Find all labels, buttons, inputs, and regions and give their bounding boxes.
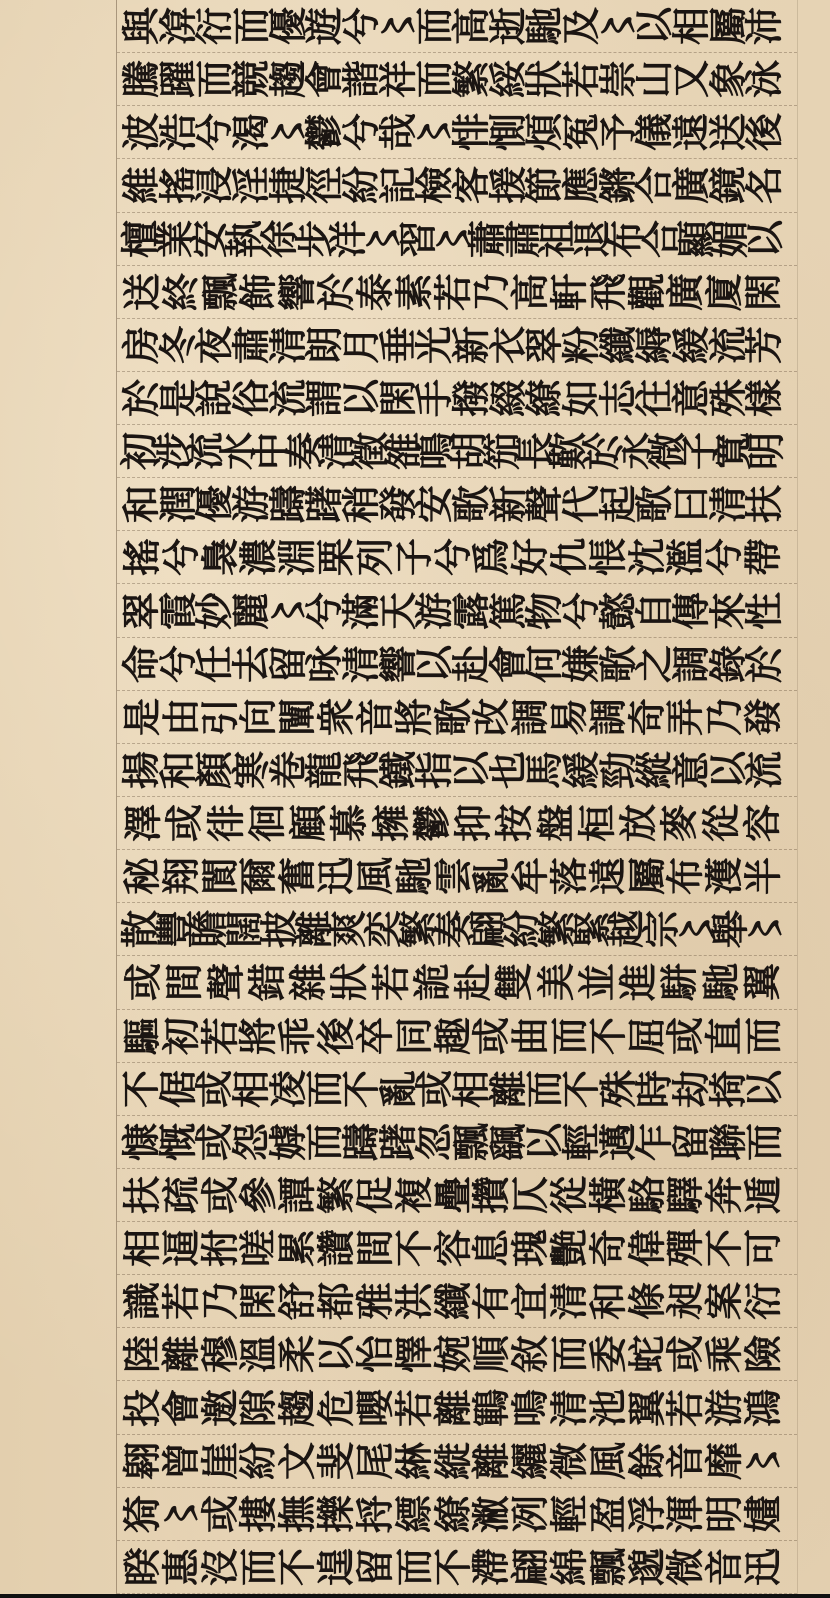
text-row: 與渰衍而優遊兮〻而高逝馳及〻以相屬沛	[117, 0, 797, 53]
right-margin-rule	[797, 0, 798, 1594]
text-row: 扶疏或參譚繁促複疊攢仄從橫駱驛奔遁	[117, 1169, 797, 1222]
text-row: 慷慨或怨嫭而躊躇忽飄颻以輕邁乍留聯而	[117, 1116, 797, 1169]
calligraphy-character: 於	[740, 645, 788, 682]
text-row: 投會邀隙趨危嚶若離鶤鳴清池翼若游鴻	[117, 1381, 797, 1434]
calligraphy-character: 發	[739, 697, 787, 736]
calligraphy-character: 迅	[739, 1548, 787, 1587]
calligraphy-character: 而	[739, 1016, 787, 1055]
text-row: 於是說俗流謂以閑手撥綴繚如志往意殊樣	[117, 372, 797, 425]
text-row: 驅初若將乖後卒同趣或曲而不屈或直而	[117, 1010, 797, 1063]
calligraphy-character: 樣	[740, 380, 788, 417]
calligraphy-character: 性	[740, 592, 788, 629]
text-row: 揚和顏寒卷龍飛鐵指以也馬緩勁縱意以流	[117, 744, 797, 797]
text-row: 澤或徘徊顧慕擁鬱抑按盤桓放麥從容	[117, 797, 797, 850]
calligraphy-character: 可	[739, 1229, 787, 1268]
calligraphy-character: 泳	[740, 61, 788, 98]
calligraphy-character: 流	[740, 752, 788, 789]
calligraphy-character: 閑	[739, 272, 787, 311]
calligraphy-character: 沛	[740, 8, 788, 45]
text-row: 翠霞妙麗〻兮滿天游露篤物兮懿自傳來性	[117, 584, 797, 637]
scan-bottom-edge	[0, 1594, 830, 1598]
calligraphy-character: 〻	[739, 1441, 787, 1480]
text-row: 秘翔閬爾奮迅風馳雲亂牟落遠屬布濩半	[117, 850, 797, 903]
calligraphy-character: 半	[739, 857, 787, 896]
calligraphy-character: 嫿	[739, 1494, 787, 1533]
text-row: 相逼拊嗟累讚間不容息瑰艷奇偉殫不可	[117, 1222, 797, 1275]
text-row: 檀業安執徐步洋〻習〻蕭肅祖退布合顯媚以	[117, 213, 797, 266]
calligraphy-character: 容	[738, 802, 786, 843]
calligraphy-character: 扶	[740, 486, 788, 523]
calligraphy-character: 險	[739, 1335, 787, 1374]
text-row: 房冬夜肅清朗月垂光新衣翠粉纖縟緩流芳	[117, 319, 797, 372]
text-row: 翱曾崖紛文斐尾綝縰離纚微風餘音靡〻	[117, 1435, 797, 1488]
calligraphy-character: 後	[740, 114, 788, 151]
calligraphy-character: 明	[743, 435, 791, 468]
calligraphy-sheet: 與渰衍而優遊兮〻而高逝馳及〻以相屬沛騰躍而競趨會諧祥而繁綏狀若崇山又象泳波浩兮渴…	[117, 0, 797, 1594]
calligraphy-character: 〻	[742, 912, 790, 947]
text-row: 散豐贍闊披離爽奕繁奏翩紛繁緊越宗〻舉〻	[117, 903, 797, 956]
text-row: 維搖浸淫捷徑紛記檢客援節應鏘合廣鏡名	[117, 159, 797, 212]
calligraphy-character: 帶	[739, 538, 787, 577]
calligraphy-character: 以	[740, 1070, 788, 1107]
text-row: 是由引向闡衆音將歌改調易調奇弄乃發	[117, 691, 797, 744]
text-row: 命兮任去留咏清響以赴會何嫌歌之調錄於	[117, 638, 797, 691]
text-row: 送終飄飾響於泰素若乃高軒飛觀廣廈閑	[117, 266, 797, 319]
calligraphy-character: 以	[742, 221, 790, 256]
text-row: 和潤優游躊躇稍發安歌新聲代起歌曰清扶	[117, 478, 797, 531]
calligraphy-character: 而	[740, 1124, 788, 1161]
text-row: 睽惠沒而不遑留而不滯翩綿飄邈微音迅	[117, 1541, 797, 1594]
text-row: 猗〻或摟撫擽捋縹繚潎冽輕盈浮渾明嫿	[117, 1488, 797, 1541]
calligraphy-character: 翼	[738, 962, 786, 1003]
text-row: 陸離穆溫柔以怡懌婉順敘而委蛇或乘險	[117, 1328, 797, 1381]
text-row: 搖兮裊濃淵栗列子兮爲好仇悵沈濫兮帶	[117, 531, 797, 584]
calligraphy-character: 芳	[740, 327, 788, 364]
calligraphy-character: 遁	[739, 1176, 787, 1215]
calligraphy-character: 名	[740, 167, 788, 204]
text-row: 騰躍而競趨會諧祥而繁綏狀若崇山又象泳	[117, 53, 797, 106]
text-row: 或間聲錯雜狀若詭赴雙美並進駢馳翼	[117, 956, 797, 1009]
calligraphy-character: 鴻	[739, 1388, 787, 1427]
text-row: 初涉流水中奏清徵雒鳴胡笳長歎於永微子寬明	[117, 425, 797, 478]
text-row: 不倨或相凌而不亂或相離而不殊時劫掎以	[117, 1063, 797, 1116]
text-row: 識若乃閑舒都雅洪纖有宜清和條昶案衍	[117, 1275, 797, 1328]
text-row: 波浩兮渴〻鬱兮哉〻悱惻煩冤予儀遠送後	[117, 106, 797, 159]
calligraphy-character: 衍	[739, 1282, 787, 1321]
